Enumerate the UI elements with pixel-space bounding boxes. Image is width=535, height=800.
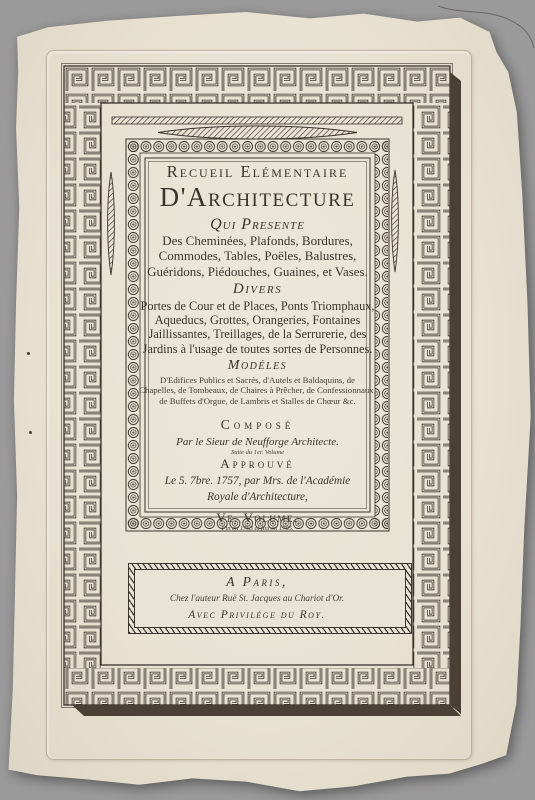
section-presente-lines: Des Cheminées, Plafonds, Bordures, Commo…	[147, 233, 368, 280]
section-divers-lines: Portes de Cour et de Places, Ponts Triom…	[141, 299, 375, 356]
title-line-2: D'Architecture	[160, 184, 356, 211]
text-line: Aqueducs, Grottes, Orangeries, Fontaines	[141, 313, 375, 327]
text-line: Jaillissantes, Treillages, de la Serrure…	[141, 327, 375, 341]
imprint-cartouche-inner: A Paris, Chez l'auteur Ruë St. Jacques a…	[134, 569, 406, 628]
paper-sheet-wrap: Recueil Elémentaire D'Architecture Qui P…	[0, 0, 535, 800]
paper-sheet: Recueil Elémentaire D'Architecture Qui P…	[0, 0, 535, 800]
imprint-address: Chez l'auteur Ruë St. Jacques au Chariot…	[170, 595, 344, 604]
paper-speck	[27, 352, 30, 355]
volume-note: Fin en 1763 et fini en 1765.	[221, 526, 293, 533]
text-line: Chapelles, de Tombeaux, de Chaires à Prê…	[139, 385, 376, 396]
text-line: de Buffets d'Orgue, de Lambris et Stalle…	[139, 396, 376, 407]
imprint-privilege: Avec Privilége du Roy.	[188, 610, 326, 622]
section-divers-heading: Divers	[233, 282, 282, 297]
compose-author-line: Par le Sieur de Neufforge Architecte.	[176, 437, 339, 448]
volume-line: Ve. Volume.	[216, 511, 298, 524]
approve-heading: Approuvé	[220, 457, 294, 470]
scan-background: { "document": { "kind": "engraved-title-…	[0, 0, 535, 800]
text-line: Guéridons, Piédouches, Guaines, et Vases…	[147, 264, 368, 280]
leaf-ornament-left	[108, 172, 115, 275]
text-line: Des Cheminées, Plafonds, Bordures,	[147, 233, 368, 249]
imprint-cartouche: A Paris, Chez l'auteur Ruë St. Jacques a…	[128, 563, 412, 634]
leaf-ornament-right	[392, 170, 399, 272]
section-presente-heading: Qui Presente	[210, 217, 305, 233]
imprint-city: A Paris,	[226, 575, 288, 589]
paper-speck	[29, 431, 32, 434]
text-line: Commodes, Tables, Poëles, Balustres,	[147, 248, 368, 264]
title-line-1: Recueil Elémentaire	[167, 164, 349, 181]
text-line: Jardins à l'usage de toutes sortes de Pe…	[141, 342, 375, 356]
top-moulding-bar	[112, 117, 402, 124]
approve-lines: Le 5. 7bre. 1757, par Mrs. de l'Académie…	[165, 474, 351, 505]
section-modeles-heading: Modéles	[228, 359, 287, 373]
laurel-garland	[158, 126, 357, 139]
text-line: Portes de Cour et de Places, Ponts Triom…	[141, 299, 375, 313]
section-modeles-lines: D'Edifices Publics et Sacrés, d'Autels e…	[139, 375, 376, 407]
text-line: D'Edifices Publics et Sacrés, d'Autels e…	[139, 375, 376, 386]
compose-heading: Composé	[221, 418, 295, 432]
title-panel: Recueil Elémentaire D'Architecture Qui P…	[149, 161, 366, 511]
text-line: Le 5. 7bre. 1757, par Mrs. de l'Académie	[165, 474, 351, 490]
text-line: Royale d'Architecture,	[165, 490, 351, 506]
